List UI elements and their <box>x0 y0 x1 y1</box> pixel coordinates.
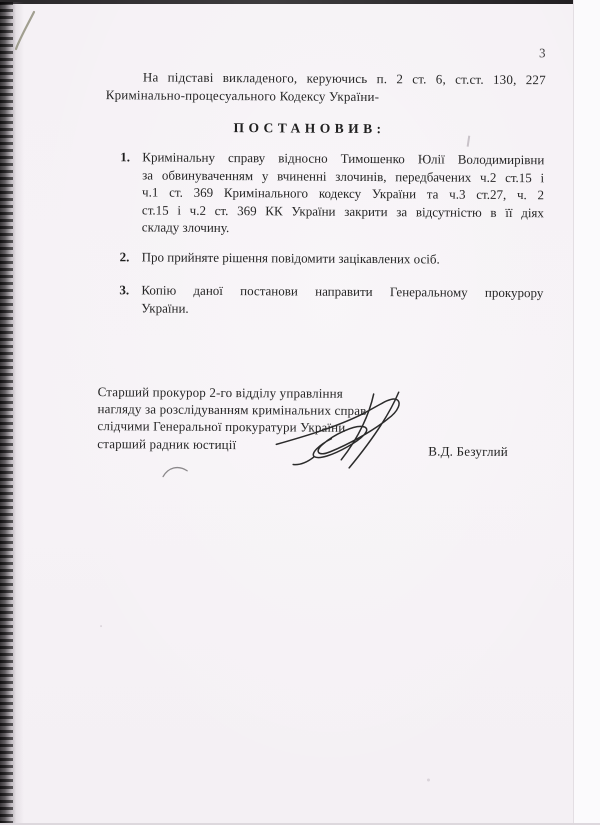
item-number: 1. <box>120 148 142 166</box>
resolution-item-1: 1. Кримінальну справу відносно Тимошенко… <box>120 148 546 238</box>
handwritten-signature <box>270 387 423 476</box>
item-number: 3. <box>119 281 141 299</box>
resolution-list: 1. Кримінальну справу відносно Тимошенко… <box>119 148 545 319</box>
text-line: Копію даної постанови направити Генераль… <box>141 281 543 301</box>
page-number: 3 <box>539 45 546 61</box>
item-text: Копію даної постанови направити Генераль… <box>141 281 543 319</box>
text-line: України. <box>141 299 543 319</box>
text-line: Кримінальну справу відносно Тимошенко Юл… <box>142 148 544 168</box>
item-text: Кримінальну справу відносно Тимошенко Юл… <box>142 148 545 238</box>
resolution-item-2: 2. Про прийняте рішення повідомити зацік… <box>120 248 545 268</box>
intro-paragraph: На підставі викладеного, керуючись п. 2 … <box>106 68 546 107</box>
text-line: Кримінально-процесуального Кодексу Украї… <box>106 86 546 107</box>
scan-artifact-tick <box>467 136 471 147</box>
document-content: 3 На підставі викладеного, керуючись п. … <box>0 0 600 825</box>
text-line: ч.1 ст. 369 Кримінального кодексу Україн… <box>142 183 544 203</box>
stray-pen-arc <box>160 462 192 484</box>
item-number: 2. <box>120 248 142 266</box>
scan-smudge <box>427 778 430 781</box>
scanned-document-page: 3 На підставі викладеного, керуючись п. … <box>0 0 600 825</box>
resolution-heading: ПОСТАНОВИВ: <box>89 119 529 138</box>
text-line: складу злочину. <box>142 218 544 238</box>
signatory-name: В.Д. Безуглий <box>428 443 508 460</box>
item-text: Про прийняте рішення повідомити зацікавл… <box>142 248 544 268</box>
scan-smudge <box>100 625 102 627</box>
text-line: Про прийняте рішення повідомити зацікавл… <box>142 248 544 268</box>
resolution-item-3: 3. Копію даної постанови направити Генер… <box>119 281 544 319</box>
